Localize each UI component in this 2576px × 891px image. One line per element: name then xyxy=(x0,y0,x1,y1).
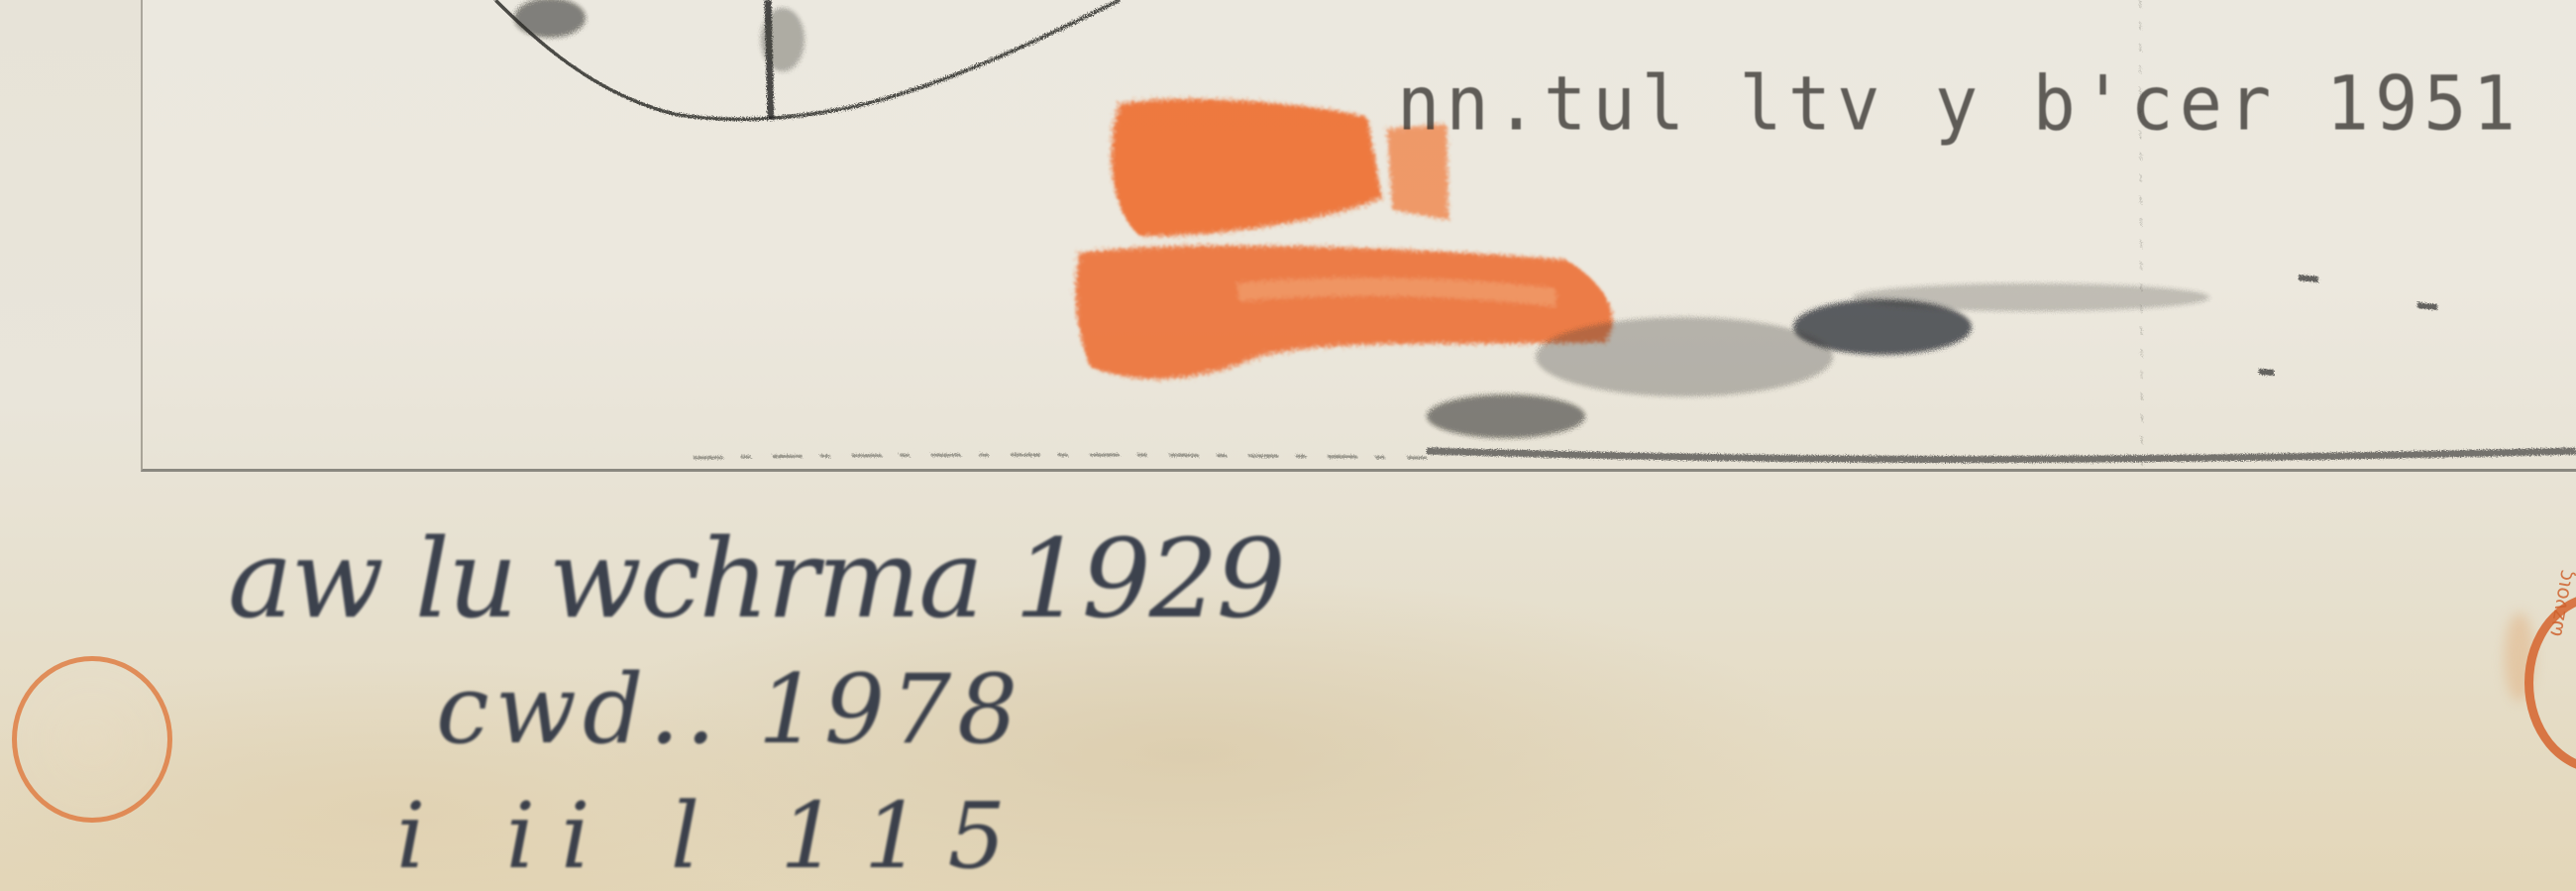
handwritten-line-number: i ii l 115 xyxy=(396,783,1031,889)
handwritten-line-second-date: cwd.. 1978 xyxy=(436,654,1023,765)
collector-stamp-left-icon xyxy=(12,656,172,823)
plate-inscription: nn.tul ltv y b'cer 1951 xyxy=(1397,59,2522,147)
oval-figure-outline xyxy=(495,0,1120,119)
handwritten-line-title-date: aw lu wchrma 1929 xyxy=(228,515,1284,642)
